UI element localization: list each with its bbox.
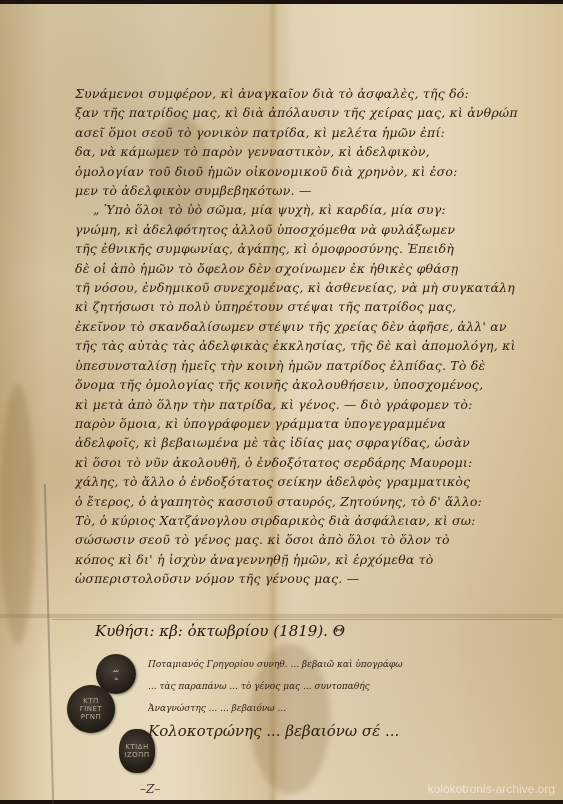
signature-line: ... τὰς παραπάνω ... τὸ γένος μας ... συ… bbox=[148, 676, 548, 698]
page-mark: –Ζ– bbox=[140, 782, 160, 796]
signature-line: Ποταμιανός Γρηγορίου συνηθ. ... βεβαιῶ κ… bbox=[148, 654, 548, 676]
signature-line: Κολοκοτρώνης ... βεβαιόνω σέ ... bbox=[148, 720, 548, 742]
text-line: ἐκεῖνον τὸ σκανδαλίσωμεν στέψιν τῆς χρεί… bbox=[75, 317, 545, 336]
text-line: Συνάμενοι συμφέρον, κὶ ἀναγκαῖον διὰ τὸ … bbox=[75, 84, 545, 103]
text-line: ὁ ἔτερος, ὁ ἀγαπητὸς κασσιοῦ σταυρός, Ζη… bbox=[75, 492, 545, 511]
text-line: ασεῖ ὅμοι σεοῦ τὸ γονικὸν πατρίδα, κὶ με… bbox=[75, 123, 545, 142]
signatures-block: Ποταμιανός Γρηγορίου συνηθ. ... βεβαιῶ κ… bbox=[148, 654, 548, 742]
text-line: κὶ ζητήσωσι τὸ πολὺ ὑπηρέτουν στέψαι τῆς… bbox=[75, 297, 545, 316]
text-line: τῆς τὰς αὐτὰς τὰς ἀδελφικὰς ἐκκλησίας, τ… bbox=[75, 336, 545, 355]
wax-seal-icon: ΚΤΙΔΗ ΙΖΟΠΠ bbox=[119, 729, 155, 773]
text-line: ὑπεσυνσταλίσῃ ἡμεῖς τὴν κοινὴ ἡμῶν πατρί… bbox=[75, 356, 545, 375]
watermark: kolokotronis-archive.org bbox=[428, 782, 555, 796]
text-line: δὲ οἱ ἀπὸ ἡμῶν τὸ ὄφελον δὲν σχοίνωμεν ἐ… bbox=[75, 259, 545, 278]
text-line: ὁμολογίαν τοῦ διοῦ ἡμῶν οἰκονομικοῦ διὰ … bbox=[75, 162, 545, 181]
text-line: σώσωσιν σεοῦ τὸ γένος μας. κὶ ὅσοι ἀπὸ ὅ… bbox=[75, 530, 545, 549]
text-line: κὶ μετὰ ἀπὸ ὅλην τὴν πατρίδα, κὶ γένος. … bbox=[75, 395, 545, 414]
text-line: γνώμη, κὶ ἀδελφότητος ἀλλοῦ ὑποσχόμεθα ν… bbox=[75, 220, 545, 239]
manuscript-page: Συνάμενοι συμφέρον, κὶ ἀναγκαῖον διὰ τὸ … bbox=[0, 4, 563, 800]
stain bbox=[0, 384, 35, 644]
text-line: παρὸν ὅμοια, κὶ ὑπογράφομεν γράμματα ὑπο… bbox=[75, 414, 545, 433]
pencil-margin-line bbox=[44, 484, 54, 800]
text-line: τῆς ἐθνικῆς συμφωνίας, ἀγάπης, κὶ ὁμοφρο… bbox=[75, 239, 545, 258]
horizontal-fold-crease bbox=[0, 614, 563, 618]
text-line: „ Ὑπὸ ὅλοι τὸ ὑὸ σῶμα, μία ψυχὴ, κὶ καρδ… bbox=[75, 200, 545, 219]
text-line: κόπος κὶ δι' ἡ ἰσχὺν ἀναγεννηθῇ ἡμῶν, κὶ… bbox=[75, 550, 545, 569]
text-line: ὄνομα τῆς ὁμολογίας τῆς κοινῆς ἀκολουθήσ… bbox=[75, 375, 545, 394]
text-line: ξαν τῆς πατρίδος μας, κὶ διὰ ἀπόλαυσιν τ… bbox=[75, 103, 545, 122]
signature-line: Ἀναγνώστης ... ... βεβαιόνω ... bbox=[148, 698, 548, 720]
text-line: δα, νὰ κάμωμεν τὸ παρὸν γενναστικὸν, κὶ … bbox=[75, 142, 545, 161]
letter-body: Συνάμενοι συμφέρον, κὶ ἀναγκαῖον διὰ τὸ … bbox=[75, 84, 545, 589]
date-line: Κυθήσι: κβ: ὀκτωβρίου (1819). Θ bbox=[95, 622, 345, 640]
text-line: ὡσπεριστολοῦσιν νόμον τῆς γένους μας. — bbox=[75, 569, 545, 588]
text-line: μεν τὸ ἀδελφικὸν συμβεβηκότων. — bbox=[75, 181, 545, 200]
text-line: χάλης, τὸ ἄλλο ὁ ἐνδοξότατος σείκην ἀδελ… bbox=[75, 472, 545, 491]
text-line: Τὸ, ὁ κύριος Χατζάνογλου σιρδαρικὸς διὰ … bbox=[75, 511, 545, 530]
pencil-box-line bbox=[52, 619, 552, 620]
text-line: ἀδελφοῖς, κὶ βεβαιωμένα μὲ τὰς ἰδίας μας… bbox=[75, 433, 545, 452]
text-line: κὶ ὅσοι τὸ νῦν ἀκολουθῆ, ὁ ἐνδοξότατος σ… bbox=[75, 453, 545, 472]
text-line: τῆ νόσου, ἐνδημικοῦ συνεχομένας, κὶ ἀσθε… bbox=[75, 278, 545, 297]
wax-seal-icon: ΚΤΠ ΓΙΝΕΤ ΡΓΝΠ bbox=[67, 685, 115, 733]
